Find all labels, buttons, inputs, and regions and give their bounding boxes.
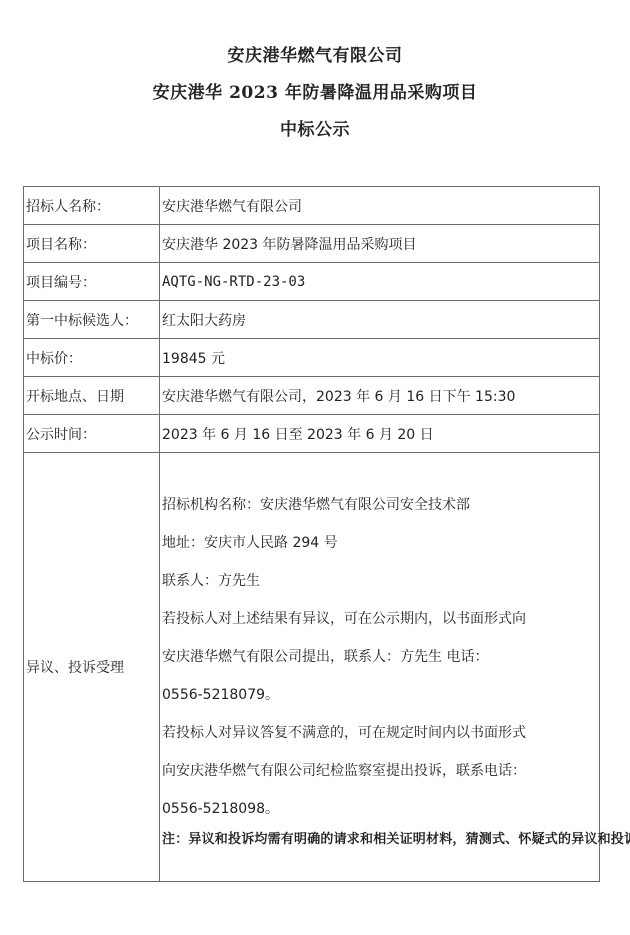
table-row: 公示时间： 2023 年 6 月 16 日至 2023 年 6 月 20 日 xyxy=(24,415,600,453)
project-title: 安庆港华 2023 年防暑降温用品采购项目 xyxy=(0,75,630,112)
complaint-text-line: 向安庆港华燃气有限公司纪检监察室提出投诉，联系电话： xyxy=(162,752,599,790)
table-row: 招标人名称： 安庆港华燃气有限公司 xyxy=(24,187,600,225)
row-label-first-candidate: 第一中标候选人： xyxy=(24,301,160,339)
row-label-project-name: 项目名称： xyxy=(24,225,160,263)
row-label-tenderer: 招标人名称： xyxy=(24,187,160,225)
row-value-project-number: AQTG-NG-RTD-23-03 xyxy=(160,263,600,301)
table-row: 开标地点、日期 安庆港华燃气有限公司，2023 年 6 月 16 日下午 15:… xyxy=(24,377,600,415)
objection-phone-line: 0556-5218079。 xyxy=(162,676,599,714)
row-value-award-price: 19845 元 xyxy=(160,339,600,377)
row-label-objection: 异议、投诉受理 xyxy=(24,453,160,882)
row-label-opening-place-date: 开标地点、日期 xyxy=(24,377,160,415)
notice-type-title: 中标公示 xyxy=(0,112,630,149)
objection-text-line: 安庆港华燃气有限公司提出，联系人：方先生 电话： xyxy=(162,638,599,676)
company-title: 安庆港华燃气有限公司 xyxy=(0,38,630,75)
document-header: 安庆港华燃气有限公司 安庆港华 2023 年防暑降温用品采购项目 中标公示 xyxy=(0,38,630,149)
contact-line: 联系人：方先生 xyxy=(162,562,599,600)
row-label-publicity-period: 公示时间： xyxy=(24,415,160,453)
objection-text-line: 若投标人对上述结果有异议，可在公示期内，以书面形式向 xyxy=(162,600,599,638)
award-notice-table: 招标人名称： 安庆港华燃气有限公司 项目名称： 安庆港华 2023 年防暑降温用… xyxy=(23,186,600,882)
address-line: 地址：安庆市人民路 294 号 xyxy=(162,524,599,562)
table-row: 第一中标候选人： 红太阳大药房 xyxy=(24,301,600,339)
row-value-publicity-period: 2023 年 6 月 16 日至 2023 年 6 月 20 日 xyxy=(160,415,600,453)
complaint-phone-line: 0556-5218098。 xyxy=(162,790,599,828)
row-value-tenderer: 安庆港华燃气有限公司 xyxy=(160,187,600,225)
row-value-opening-place-date: 安庆港华燃气有限公司，2023 年 6 月 16 日下午 15:30 xyxy=(160,377,600,415)
complaint-text-line: 若投标人对异议答复不满意的，可在规定时间内以书面形式 xyxy=(162,714,599,752)
table-row-objection: 异议、投诉受理 招标机构名称：安庆港华燃气有限公司安全技术部 地址：安庆市人民路… xyxy=(24,453,600,882)
row-value-first-candidate: 红太阳大药房 xyxy=(160,301,600,339)
table-row: 中标价： 19845 元 xyxy=(24,339,600,377)
row-value-project-name: 安庆港华 2023 年防暑降温用品采购项目 xyxy=(160,225,600,263)
table-row: 项目编号： AQTG-NG-RTD-23-03 xyxy=(24,263,600,301)
row-label-award-price: 中标价： xyxy=(24,339,160,377)
row-label-project-number: 项目编号： xyxy=(24,263,160,301)
agency-name-line: 招标机构名称：安庆港华燃气有限公司安全技术部 xyxy=(162,486,599,524)
objection-note: 注：异议和投诉均需有明确的请求和相关证明材料，猜测式、怀疑式的异议和投诉将不被接… xyxy=(162,830,599,849)
table-row: 项目名称： 安庆港华 2023 年防暑降温用品采购项目 xyxy=(24,225,600,263)
row-value-objection: 招标机构名称：安庆港华燃气有限公司安全技术部 地址：安庆市人民路 294 号 联… xyxy=(160,453,600,882)
